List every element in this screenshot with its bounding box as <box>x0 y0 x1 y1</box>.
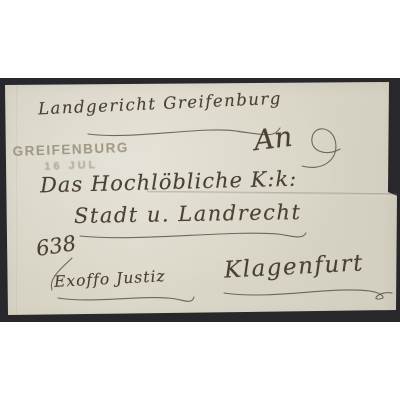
photo-frame: Landgericht Greifenburg An GREIFENBURG 1… <box>0 0 400 400</box>
flourish-underline <box>222 284 394 302</box>
flourish-underline <box>56 292 196 306</box>
flourish-underline <box>78 228 308 242</box>
address-line-2-handwriting: Stadt u. Landrecht <box>74 200 302 228</box>
photo-backdrop: Landgericht Greifenburg An GREIFENBURG 1… <box>0 78 400 322</box>
flourish-swash <box>298 120 342 172</box>
postmark-town: GREIFENBURG <box>6 140 136 160</box>
addressee-salutation-handwriting: An <box>252 120 294 157</box>
postmark-stamp: GREIFENBURG 16 JUL <box>6 140 137 175</box>
paper-crease-vertical <box>16 86 19 314</box>
